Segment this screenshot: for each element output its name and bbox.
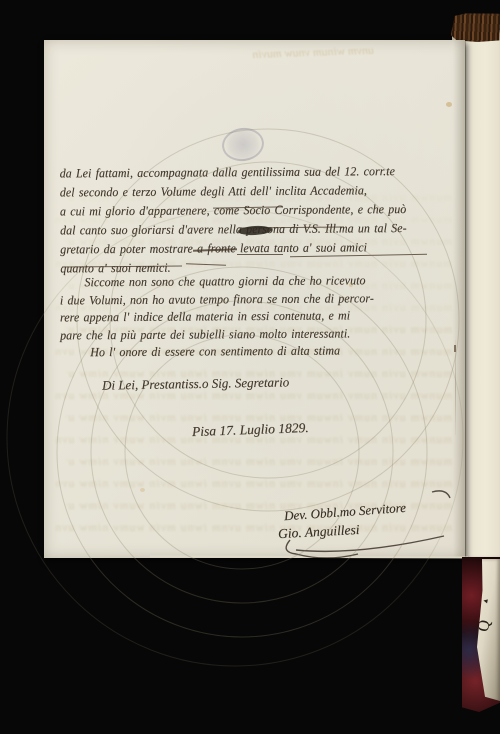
handwritten-line: Ho l' onore di essere con sentimento di … <box>90 342 442 362</box>
bleedthrough-line: munwm uvin numv inwum vmu niwm uvnm iwnu… <box>56 520 452 542</box>
bleedthrough-line: munwm uvin numv inwum vmu niwm uvnm iwnu… <box>56 476 452 498</box>
valediction-line: Di Lei, Prestantiss.o Sig. Segretario <box>102 374 289 393</box>
embossed-oval-stamp <box>220 125 266 164</box>
foxing-spot <box>349 283 353 287</box>
faint-header-inscription: unvm winum vnuw muvin <box>194 43 375 67</box>
marbled-book-edge: ▲ Q <box>462 557 500 712</box>
hand-underline <box>237 254 283 255</box>
letter-paragraph-2: Siccome non sono che quattro giorni da c… <box>60 272 461 362</box>
foxing-spot <box>140 488 145 492</box>
letter-page: unvm winum vnuw muvin munwm uvin numv in… <box>44 40 465 558</box>
fold-crease-mark <box>454 345 456 352</box>
fold-crease <box>455 340 456 435</box>
paper-slip: ▲ Q <box>475 559 500 701</box>
bleedthrough-line: munwm uvin numv inwum vmu niwm uvnm iwnu… <box>66 454 452 476</box>
foxing-spot <box>446 102 452 107</box>
letter-paragraph-1: da Lei fattami, accompagnata dalla genti… <box>60 162 461 279</box>
leather-spine-fragment <box>451 12 500 42</box>
manuscript-scan-stage: unvm winum vnuw muvin munwm uvin numv in… <box>0 0 500 734</box>
page-bottom-edge-highlight <box>150 555 468 558</box>
spine-letter-q: Q <box>475 618 495 633</box>
spine-mark-triangle: ▲ <box>481 597 490 605</box>
